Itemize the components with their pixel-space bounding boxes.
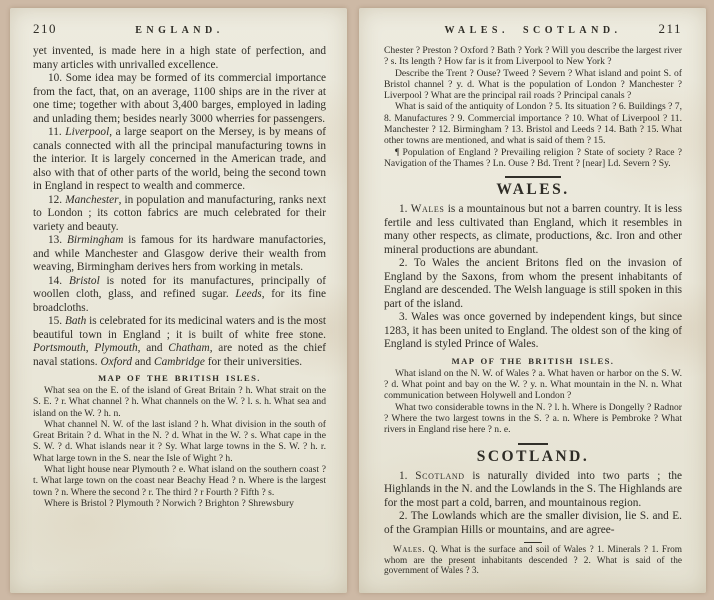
question-paragraph: Chester ? Preston ? Oxford ? Bath ? York… <box>384 45 682 68</box>
paragraph: 2. The Lowlands which are the smaller di… <box>384 510 682 537</box>
page-body-left: yet invented, is made here in a high sta… <box>33 45 326 509</box>
text-run: Liverpool <box>65 126 109 138</box>
paragraph: 14. Bristol is noted for its manufacture… <box>33 275 326 316</box>
subsection-heading: MAP OF THE BRITISH ISLES. <box>384 356 682 366</box>
text-run: 11. <box>48 126 65 138</box>
text-run: Oxford <box>100 356 132 368</box>
text-run: What light house near Plymouth ? e. What… <box>33 464 326 498</box>
paragraph: 13. Birmingham is famous for its hardwar… <box>33 234 326 275</box>
question-paragraph: Where is Bristol ? Plymouth ? Norwich ? … <box>33 498 326 509</box>
divider-rule <box>524 542 542 543</box>
text-run: What sea on the E. of the island of Grea… <box>33 385 326 419</box>
page-number-right: 211 <box>658 21 682 37</box>
text-run: Scotland <box>415 470 464 482</box>
book-spread: 210 ENGLAND. yet invented, is made here … <box>0 0 714 600</box>
question-paragraph: What channel N. W. of the last island ? … <box>33 419 326 464</box>
text-run: What is said of the antiquity of London … <box>384 101 682 146</box>
book-page-left: 210 ENGLAND. yet invented, is made here … <box>10 8 347 593</box>
section-heading: SCOTLAND. <box>384 448 682 466</box>
text-run: 1. <box>399 470 415 482</box>
text-run: Chatham <box>168 342 209 354</box>
text-run: What channel N. W. of the last island ? … <box>33 419 326 464</box>
text-run: Wales <box>411 203 445 215</box>
text-run: 2. To Wales the ancient Britons fled on … <box>384 257 682 310</box>
page-number-left: 210 <box>33 21 57 37</box>
question-paragraph: Describe the Trent ? Ouse? Tweed ? Sever… <box>384 68 682 102</box>
text-run: 2. The Lowlands which are the smaller di… <box>384 510 682 536</box>
section-heading: WALES. <box>384 181 682 199</box>
text-run: yet invented, is made here in a high sta… <box>33 45 326 71</box>
text-run: Wales. <box>393 545 425 555</box>
book-page-right: WALES. SCOTLAND. 211 Chester ? Preston ?… <box>359 8 706 593</box>
text-run: Leeds <box>235 288 261 300</box>
paragraph: 3. Wales was once governed by independen… <box>384 311 682 352</box>
paragraph: 1. Wales is a mountainous but not a barr… <box>384 203 682 257</box>
footnote-paragraph: Wales. Q. What is the surface and soil o… <box>384 545 682 577</box>
text-run: 3. Wales was once governed by independen… <box>384 311 682 350</box>
question-paragraph: What two considerable towns in the N. ? … <box>384 402 682 436</box>
question-paragraph: What island on the N. W. of Wales ? a. W… <box>384 368 682 402</box>
paragraph: yet invented, is made here in a high sta… <box>33 45 326 72</box>
question-paragraph: What sea on the E. of the island of Grea… <box>33 385 326 419</box>
paragraph: 2. To Wales the ancient Britons fled on … <box>384 257 682 311</box>
text-run: Cambridge <box>154 356 205 368</box>
page-header-left: 210 ENGLAND. <box>33 21 326 37</box>
page-body-right: Chester ? Preston ? Oxford ? Bath ? York… <box>384 45 682 577</box>
text-run: What two considerable towns in the N. ? … <box>384 402 682 436</box>
text-run: 1. <box>399 203 411 215</box>
divider-rule <box>505 176 561 178</box>
text-run: 15. <box>48 315 65 327</box>
paragraph: 15. Bath is celebrated for its medicinal… <box>33 315 326 369</box>
page-header-right: WALES. SCOTLAND. 211 <box>384 21 682 37</box>
subsection-heading: MAP OF THE BRITISH ISLES. <box>33 373 326 383</box>
question-paragraph: What light house near Plymouth ? e. What… <box>33 464 326 498</box>
text-run: for their universities. <box>205 356 302 368</box>
text-run: Bath <box>65 315 86 327</box>
text-run: ¶ Population of England ? Prevailing rel… <box>384 147 682 169</box>
paragraph: 11. Liverpool, a large seaport on the Me… <box>33 126 326 194</box>
text-run: Where is Bristol ? Plymouth ? Norwich ? … <box>44 498 294 509</box>
running-head-right: WALES. SCOTLAND. <box>444 25 621 36</box>
question-paragraph: ¶ Population of England ? Prevailing rel… <box>384 147 682 170</box>
text-run: Describe the Trent ? Ouse? Tweed ? Sever… <box>384 68 682 102</box>
text-run: Q. What is the surface and soil of Wales… <box>384 545 682 576</box>
text-run: Birmingham <box>67 234 124 246</box>
question-paragraph: What is said of the antiquity of London … <box>384 101 682 146</box>
text-run: What island on the N. W. of Wales ? a. W… <box>384 368 682 402</box>
text-run: Bristol <box>69 275 100 287</box>
text-run: 14. <box>48 275 69 287</box>
text-run: Manchester <box>65 194 118 206</box>
paragraph: 10. Some idea may be formed of its comme… <box>33 72 326 126</box>
text-run: 13. <box>48 234 67 246</box>
running-head-left: ENGLAND. <box>135 25 224 36</box>
paragraph: 1. Scotland is naturally divided into tw… <box>384 470 682 511</box>
text-run: Portsmouth <box>33 342 86 354</box>
text-run: 12. <box>48 194 65 206</box>
text-run: and <box>132 356 154 368</box>
paragraph: 12. Manchester, in population and manufa… <box>33 194 326 235</box>
text-run: Chester ? Preston ? Oxford ? Bath ? York… <box>384 45 682 67</box>
text-run: Plymouth <box>94 342 137 354</box>
text-run: , and <box>138 342 169 354</box>
divider-rule <box>518 443 548 445</box>
text-run: 10. Some idea may be formed of its comme… <box>33 72 326 125</box>
